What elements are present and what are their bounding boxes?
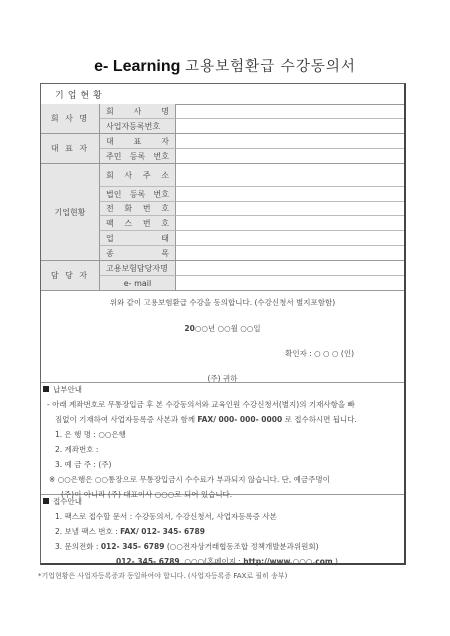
label-representative: 대표자 xyxy=(100,134,176,149)
input-company-name[interactable] xyxy=(176,104,404,119)
reception-fax: 2. 보낼 팩스 번호 : FAX/ 012- 345- 6789 xyxy=(41,524,404,539)
input-business-type[interactable] xyxy=(176,231,404,246)
input-business-item[interactable] xyxy=(176,246,404,261)
label-business-item: 종목 xyxy=(100,246,176,261)
group-contact-person: 담 당 자 xyxy=(41,261,100,291)
consent-section: 위와 같이 고용보험환급 수강을 동의합니다. (수강신청서 별지포함함) 20… xyxy=(41,291,404,383)
square-bullet-icon xyxy=(43,386,49,392)
title-korean: 고용보험환급 수강동의서 xyxy=(185,59,356,75)
group-representative: 대 표 자 xyxy=(41,134,100,164)
payment-note-line1: ※ ○○은행은 ○○통장으로 무통장입금시 수수료가 부과되지 않습니다. 단,… xyxy=(41,472,404,487)
input-email[interactable] xyxy=(176,276,404,291)
label-phone-number: 전화번호 xyxy=(100,202,176,216)
square-bullet-icon xyxy=(43,498,49,504)
input-corporate-reg-no[interactable] xyxy=(176,187,404,202)
group-company-status: 기업현황 xyxy=(41,164,100,261)
reception-phone-homepage: 012- 345- 6789, ○○○(홈페이지 : http://www.○○… xyxy=(41,554,404,569)
bank-name: 1. 은 행 명 : ○○은행 xyxy=(41,427,404,442)
homepage-link[interactable]: http://www.○○○.com xyxy=(243,557,332,566)
title-english: e- Learning xyxy=(94,58,180,75)
input-representative[interactable] xyxy=(176,134,404,149)
input-company-address[interactable] xyxy=(176,164,404,187)
label-fax-number: 팩스번호 xyxy=(100,216,176,231)
payment-notice-heading: 납부안내 xyxy=(41,382,404,397)
label-business-reg-no: 사업자등록번호 xyxy=(100,119,176,134)
label-corporate-reg-no: 법인등록번호 xyxy=(100,187,176,202)
reception-documents: 1. 팩스로 접수할 문서 : 수강동의서, 수강신청서, 사업자등록증 사본 xyxy=(41,509,404,524)
reception-notice-section: 접수안내 1. 팩스로 접수할 문서 : 수강동의서, 수강신청서, 사업자등록… xyxy=(41,494,404,564)
payment-instruction-line2: 짐없이 기재하여 사업자등록증 사본과 함께 FAX/ 000- 000- 00… xyxy=(41,412,404,427)
group-company-name: 회 사 명 xyxy=(41,104,100,134)
footnote: *기업현황은 사업자등록증과 동일하여야 합니다. (사업자등록증 FAX로 필… xyxy=(38,571,287,581)
label-company-address: 회사주소 xyxy=(100,164,176,187)
input-phone-number[interactable] xyxy=(176,202,404,216)
consent-statement: 위와 같이 고용보험환급 수강을 동의합니다. (수강신청서 별지포함함) xyxy=(41,297,404,308)
consent-form-table: 기업현황 회 사 명 대 표 자 기업현황 담 당 자 회사명 사업자등록번호 … xyxy=(40,83,406,565)
label-email: e- mail xyxy=(100,276,176,291)
payment-fax-number: FAX/ 000- 000- 0000 xyxy=(197,415,282,424)
input-fax-number[interactable] xyxy=(176,216,404,231)
company-status-header: 기업현황 xyxy=(41,84,404,105)
account-holder: 3. 예 금 주 : (주) xyxy=(41,457,404,472)
label-business-type: 업태 xyxy=(100,231,176,246)
payment-notice-section: 납부안내 - 아래 계좌번호로 무통장입금 후 본 수강동의서와 교육인원 수강… xyxy=(41,382,404,495)
label-resident-reg-no: 주민등록번호 xyxy=(100,149,176,164)
input-insurance-manager[interactable] xyxy=(176,261,404,276)
label-insurance-manager: 고용보험담당자명 xyxy=(100,261,176,276)
reception-notice-heading: 접수안내 xyxy=(41,494,404,509)
payment-instruction-line1: - 아래 계좌번호로 무통장입금 후 본 수강동의서와 교육인원 수강신청서(별… xyxy=(41,397,404,412)
reception-phone: 3. 문의전화 : 012- 345- 6789 (○○전자상거래협동조합 정책… xyxy=(41,539,404,554)
account-number: 2. 계좌번호 : xyxy=(41,442,404,457)
document-title: e- Learning 고용보험환급 수강동의서 xyxy=(0,55,450,76)
label-company-name: 회사명 xyxy=(100,104,176,119)
input-resident-reg-no[interactable] xyxy=(176,149,404,164)
consent-date: 20○○년 ○○월 ○○일 xyxy=(41,323,404,334)
confirmer-signature: 확인자 : ○ ○ ○ (인) xyxy=(285,348,354,359)
input-business-reg-no[interactable] xyxy=(176,119,404,134)
